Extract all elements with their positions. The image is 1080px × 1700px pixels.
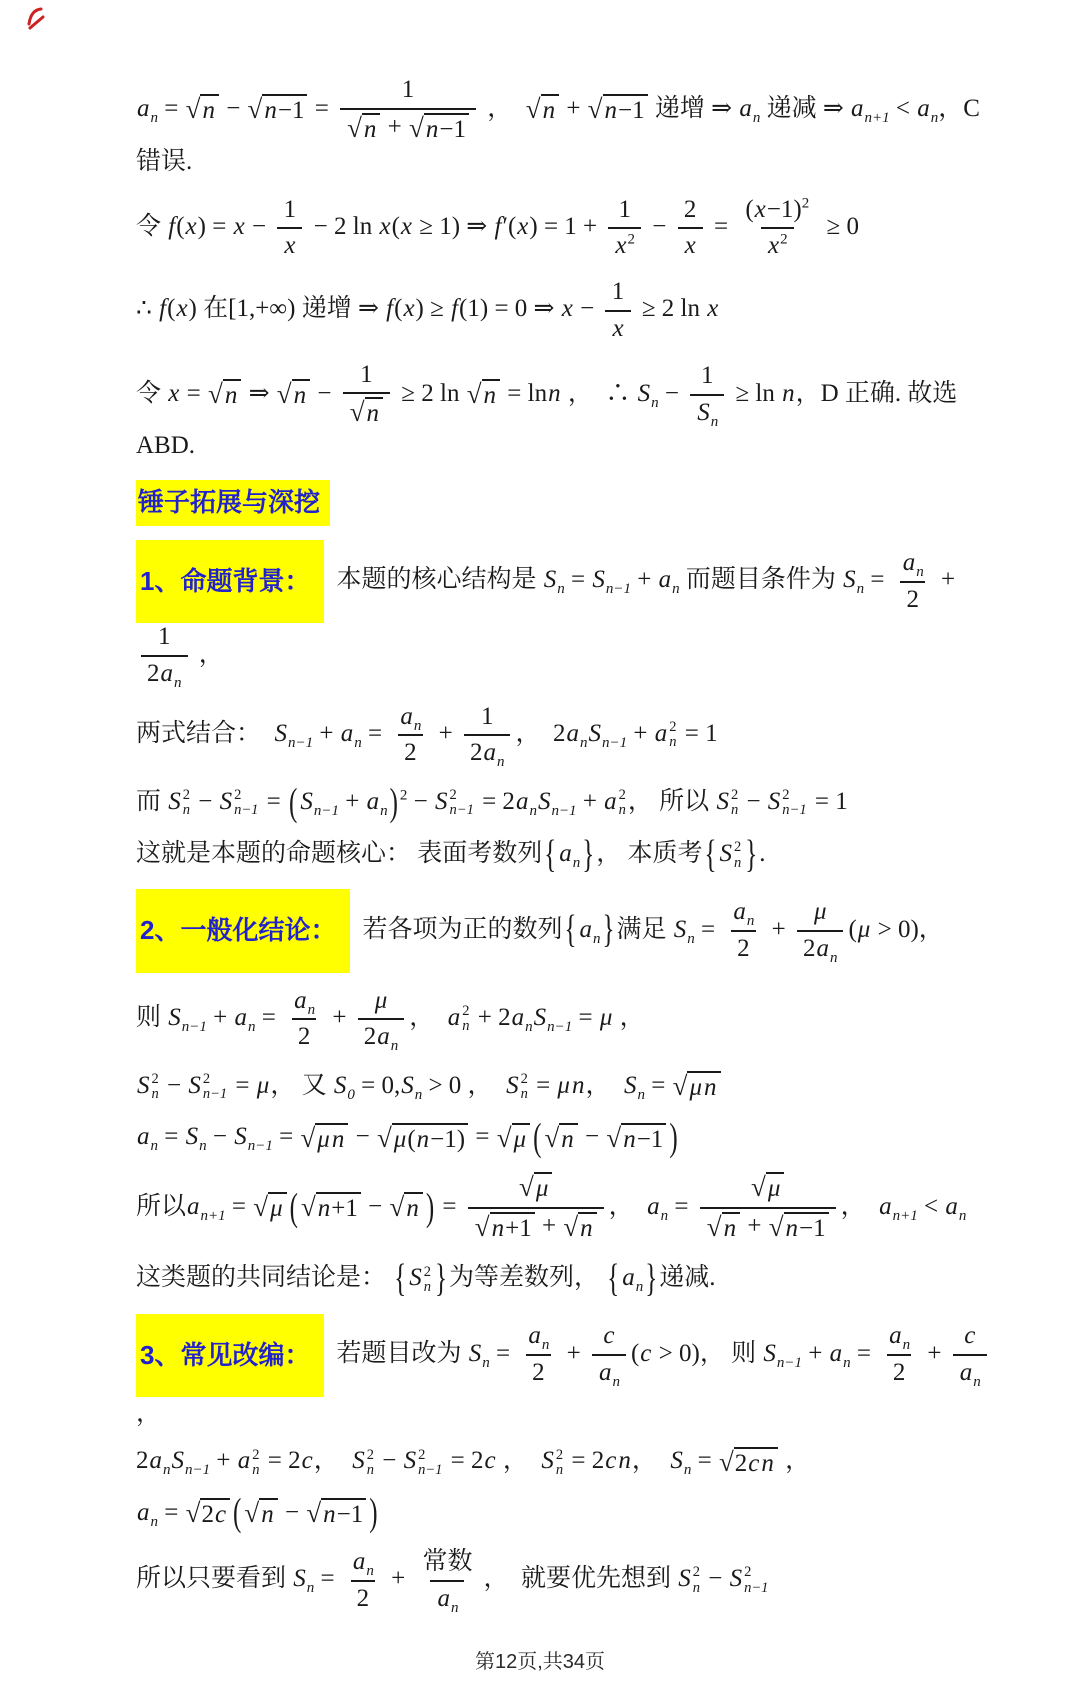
formula-modified-results-math: 2anSn−1 + a2n = 2c， S2n − S2n−1 = 2c ， S… (136, 1447, 810, 1474)
text-takeaway-math: 所以只要看到 Sn = an2 + 常数an， 就要优先想到 S2n − S2n… (136, 1565, 770, 1592)
page-footer: 第12页,共34页 (0, 1645, 1080, 1674)
text-takeaway: 所以只要看到 Sn = an2 + 常数an， 就要优先想到 S2n − S2n… (136, 1548, 992, 1614)
formula-substitute-sqrt-n-math: 令 x = √n ⇒ √n − 1√n ≥ 2 ln √n = lnn ， ∴ … (136, 380, 964, 460)
formula-combine-two: 两式结合： Sn−1 + an = an2 + 12an， 2anSn−1 + … (136, 703, 992, 769)
formula-sn-squared-difference: 而 S2n − S2n−1 = (Sn−1 + an)2 − S2n−1 = 2… (136, 785, 992, 820)
text-proposition-core-math: 这就是本题的命题核心： 表面考数列{an}， 本质考{S2n}. (136, 840, 766, 867)
formula-sn-arithmetic-math: S2n − S2n−1 = μ， 又 S0 = 0,Sn > 0 ， S2n =… (136, 1072, 722, 1099)
section-2-generalization: 2、一般化结论：若各项为正的数列{an}满足 Sn = an2 + μ2an(μ… (136, 889, 992, 972)
section-1-background: 1、命题背景：本题的核心结构是 Sn = Sn−1 + an 而题目条件为 Sn… (136, 540, 992, 689)
formula-an-modified-math: an = √2c(√n − √n−1) (136, 1499, 380, 1526)
text-proposition-core: 这就是本题的命题核心： 表面考数列{an}， 本质考{S2n}. (136, 837, 992, 872)
formula-sn-arithmetic: S2n − S2n−1 = μ， 又 S0 = 0,Sn > 0 ， S2n =… (136, 1069, 992, 1103)
heading-hammer-expansion: 锤子拓展与深挖 (136, 480, 992, 526)
formula-an-modified: an = √2c(√n − √n−1) (136, 1496, 992, 1531)
formula-an-decreasing-math: 所以an+1 = √μ(√n+1 − √n) = √μ√n+1 + √n， an… (136, 1193, 966, 1220)
formula-fx-derivative-math: 令 f(x) = x − 1x − 2 ln x(x ≥ 1) ⇒ f′(x) … (136, 213, 859, 240)
formula-an-general: an = Sn − Sn−1 = √μn − √μ(n−1) = √μ(√n −… (136, 1120, 992, 1155)
heading-hammer-expansion-label: 锤子拓展与深挖 (136, 480, 330, 526)
formula-general-combined: 则 Sn−1 + an = an2 + μ2an， a2n + 2anSn−1 … (136, 987, 992, 1053)
formula-general-combined-math: 则 Sn−1 + an = an2 + μ2an， a2n + 2anSn−1 … (136, 1004, 645, 1031)
formula-modified-results: 2anSn−1 + a2n = 2c， S2n − S2n−1 = 2c ， S… (136, 1444, 992, 1478)
section-2-generalization-math: 若各项为正的数列{an}满足 Sn = an2 + μ2an(μ > 0)， (362, 916, 943, 943)
formula-an-general-math: an = Sn − Sn−1 = √μn − √μ(n−1) = √μ(√n −… (136, 1123, 680, 1150)
text-common-conclusion: 这类题的共同结论是： {S2n}为等差数列， {an}递减. (136, 1261, 992, 1296)
formula-substitute-sqrt-n: 令 x = √n ⇒ √n − 1√n ≥ 2 ln √n = lnn ， ∴ … (136, 361, 992, 464)
section-1-background-label: 1、命题背景： (136, 540, 324, 623)
formula-an-decreasing: 所以an+1 = √μ(√n+1 − √n) = √μ√n+1 + √n， an… (136, 1172, 992, 1244)
formula-an-definition-math: an = √n − √n−1 = 1√n + √n−1 ， √n + √n−1 … (136, 95, 986, 175)
formula-combine-two-math: 两式结合： Sn−1 + an = an2 + 12an， 2anSn−1 + … (136, 720, 718, 747)
formula-an-definition: an = √n − √n−1 = 1√n + √n−1 ， √n + √n−1 … (136, 76, 992, 179)
formula-fx-increasing: ∴ f(x) 在[1,+∞) 递增 ⇒ f(x) ≥ f(1) = 0 ⇒ x … (136, 278, 992, 344)
section-3-common-adaptation-label: 3、常见改编： (136, 1314, 324, 1397)
text-common-conclusion-math: 这类题的共同结论是： {S2n}为等差数列， {an}递减. (136, 1264, 716, 1291)
section-2-generalization-label: 2、一般化结论： (136, 889, 350, 972)
formula-fx-increasing-math: ∴ f(x) 在[1,+∞) 递增 ⇒ f(x) ≥ f(1) = 0 ⇒ x … (136, 295, 719, 322)
corner-mark-icon (26, 4, 46, 30)
section-3-common-adaptation: 3、常见改编：若题目改为 Sn = an2 + can(c > 0)， 则 Sn… (136, 1314, 992, 1431)
formula-sn-squared-difference-math: 而 S2n − S2n−1 = (Sn−1 + an)2 − S2n−1 = 2… (136, 788, 848, 815)
formula-fx-derivative: 令 f(x) = x − 1x − 2 ln x(x ≥ 1) ⇒ f′(x) … (136, 196, 992, 262)
document-page: an = √n − √n−1 = 1√n + √n−1 ， √n + √n−1 … (0, 0, 1080, 1700)
document-content: an = √n − √n−1 = 1√n + √n−1 ， √n + √n−1 … (136, 76, 992, 1613)
